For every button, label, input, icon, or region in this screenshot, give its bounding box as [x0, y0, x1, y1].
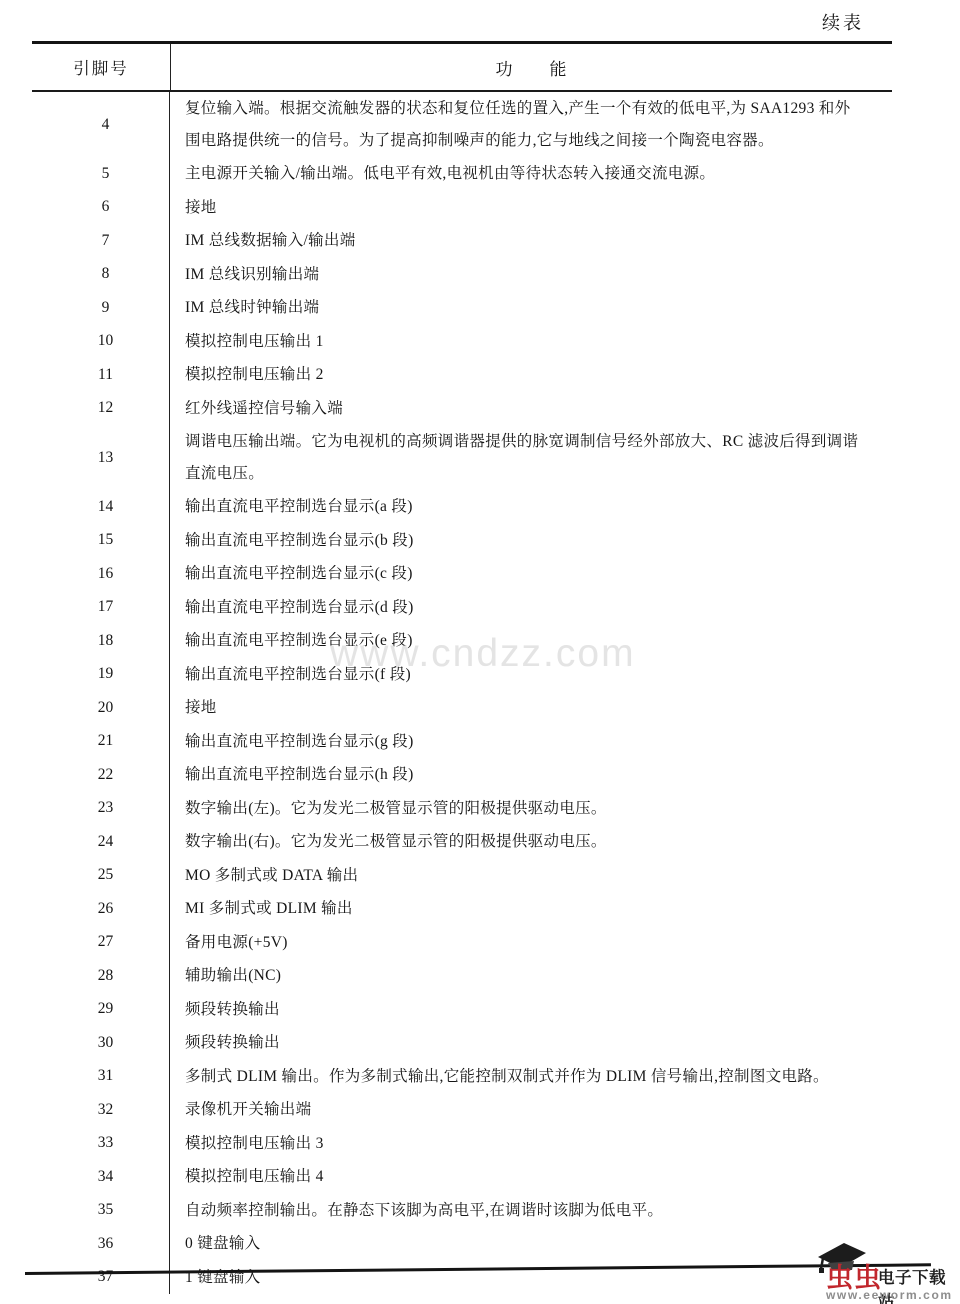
pin-number-cell: 18 [32, 624, 170, 658]
table-row: 7 IM 总线数据输入/输出端 [32, 224, 892, 258]
table-body: 4 复位输入端。根据交流触发器的状态和复位任选的置入,产生一个有效的低电平,为 … [32, 92, 892, 1294]
table-row: 17 输出直流电平控制选台显示(d 段) [32, 591, 892, 625]
pin-function-cell: 数字输出(右)。它为发光二极管显示管的阳极提供驱动电压。 [170, 825, 892, 859]
table-row: 27 备用电源(+5V) [32, 926, 892, 960]
pin-number-cell: 34 [32, 1160, 170, 1194]
table-row: 5 主电源开关输入/输出端。低电平有效,电视机由等待状态转入接通交流电源。 [32, 157, 892, 191]
pin-number-cell: 6 [32, 191, 170, 225]
table-header-row: 引脚号 功 能 [32, 44, 892, 92]
pin-number-cell: 26 [32, 892, 170, 926]
pin-function-cell: 接地 [170, 191, 892, 225]
pin-function-cell: 数字输出(左)。它为发光二极管显示管的阳极提供驱动电压。 [170, 792, 892, 826]
pin-number-cell: 9 [32, 291, 170, 325]
table-row: 15 输出直流电平控制选台显示(b 段) [32, 524, 892, 558]
pin-function-cell: 自动频率控制输出。在静态下该脚为高电平,在调谐时该脚为低电平。 [170, 1194, 892, 1228]
pin-number-cell: 11 [32, 358, 170, 392]
pin-number-cell: 15 [32, 524, 170, 558]
pin-function-cell: 红外线遥控信号输入端 [170, 392, 892, 426]
pin-function-cell: MI 多制式或 DLIM 输出 [170, 892, 892, 926]
table-row: 18 输出直流电平控制选台显示(e 段) [32, 624, 892, 658]
pin-number-cell: 22 [32, 758, 170, 792]
pin-function-cell: 输出直流电平控制选台显示(f 段) [170, 658, 892, 692]
table-row: 26 MI 多制式或 DLIM 输出 [32, 892, 892, 926]
pin-function-cell: 模拟控制电压输出 1 [170, 325, 892, 359]
pin-function-cell: IM 总线数据输入/输出端 [170, 224, 892, 258]
pin-number-cell: 10 [32, 325, 170, 359]
table-row: 10 模拟控制电压输出 1 [32, 325, 892, 359]
table-row: 4 复位输入端。根据交流触发器的状态和复位任选的置入,产生一个有效的低电平,为 … [32, 92, 892, 157]
pin-function-cell: 多制式 DLIM 输出。作为多制式输出,它能控制双制式并作为 DLIM 信号输出… [170, 1060, 892, 1094]
table-row: 28 辅助输出(NC) [32, 959, 892, 993]
table-row: 20 接地 [32, 691, 892, 725]
table-row: 9 IM 总线时钟输出端 [32, 291, 892, 325]
pin-number-cell: 31 [32, 1060, 170, 1094]
pin-function-cell: 录像机开关输出端 [170, 1093, 892, 1127]
pin-number-cell: 24 [32, 825, 170, 859]
pin-function-cell: 主电源开关输入/输出端。低电平有效,电视机由等待状态转入接通交流电源。 [170, 157, 892, 191]
pin-function-cell: 输出直流电平控制选台显示(c 段) [170, 557, 892, 591]
pin-function-cell: 输出直流电平控制选台显示(h 段) [170, 758, 892, 792]
table-row: 31 多制式 DLIM 输出。作为多制式输出,它能控制双制式并作为 DLIM 信… [32, 1060, 892, 1094]
logo-site-url: www.eeworm.com [826, 1288, 953, 1302]
pin-number-cell: 33 [32, 1127, 170, 1161]
pin-function-cell: 备用电源(+5V) [170, 926, 892, 960]
table-row: 22 输出直流电平控制选台显示(h 段) [32, 758, 892, 792]
table-row: 30 频段转换输出 [32, 1026, 892, 1060]
pin-function-cell: 频段转换输出 [170, 1026, 892, 1060]
pin-function-cell: 模拟控制电压输出 2 [170, 358, 892, 392]
table-row: 36 0 键盘输入 [32, 1227, 892, 1261]
pin-function-cell: 输出直流电平控制选台显示(d 段) [170, 591, 892, 625]
table-row: 33 模拟控制电压输出 3 [32, 1127, 892, 1161]
table-row: 35 自动频率控制输出。在静态下该脚为高电平,在调谐时该脚为低电平。 [32, 1194, 892, 1228]
pin-function-cell: 模拟控制电压输出 4 [170, 1160, 892, 1194]
pin-number-cell: 35 [32, 1194, 170, 1228]
table-row: 29 频段转换输出 [32, 993, 892, 1027]
pin-number-cell: 29 [32, 993, 170, 1027]
table-row: 25 MO 多制式或 DATA 输出 [32, 859, 892, 893]
pin-number-cell: 5 [32, 157, 170, 191]
pin-number-cell: 36 [32, 1227, 170, 1261]
pin-number-cell: 28 [32, 959, 170, 993]
pin-number-cell: 13 [32, 425, 170, 490]
table-row: 21 输出直流电平控制选台显示(g 段) [32, 725, 892, 759]
pin-function-cell: IM 总线识别输出端 [170, 258, 892, 292]
pin-function-cell: 接地 [170, 691, 892, 725]
pin-number-cell: 12 [32, 392, 170, 426]
pin-function-cell: 频段转换输出 [170, 993, 892, 1027]
pin-function-cell: IM 总线时钟输出端 [170, 291, 892, 325]
pin-function-cell: 输出直流电平控制选台显示(g 段) [170, 725, 892, 759]
pin-number-cell: 21 [32, 725, 170, 759]
pin-number-cell: 17 [32, 591, 170, 625]
pin-function-cell: 输出直流电平控制选台显示(e 段) [170, 624, 892, 658]
table-row: 23 数字输出(左)。它为发光二极管显示管的阳极提供驱动电压。 [32, 792, 892, 826]
pin-number-cell: 8 [32, 258, 170, 292]
pin-number-cell: 32 [32, 1093, 170, 1127]
pin-function-cell: 0 键盘输入 [170, 1227, 892, 1261]
pin-number-cell: 25 [32, 859, 170, 893]
table-row: 14 输出直流电平控制选台显示(a 段) [32, 490, 892, 524]
table-row: 19 输出直流电平控制选台显示(f 段) [32, 658, 892, 692]
pin-function-cell: 输出直流电平控制选台显示(a 段) [170, 490, 892, 524]
pin-function-cell: 输出直流电平控制选台显示(b 段) [170, 524, 892, 558]
pin-number-header: 引脚号 [32, 44, 171, 90]
table-row: 11 模拟控制电压输出 2 [32, 358, 892, 392]
pin-function-cell: MO 多制式或 DATA 输出 [170, 859, 892, 893]
pin-number-cell: 37 [32, 1261, 170, 1295]
pin-number-cell: 19 [32, 658, 170, 692]
table-row: 32 录像机开关输出端 [32, 1093, 892, 1127]
table-row: 24 数字输出(右)。它为发光二极管显示管的阳极提供驱动电压。 [32, 825, 892, 859]
function-header: 功 能 [171, 55, 892, 80]
table-row: 8 IM 总线识别输出端 [32, 258, 892, 292]
table-row: 34 模拟控制电压输出 4 [32, 1160, 892, 1194]
document-page: 续表 引脚号 功 能 4 复位输入端。根据交流触发器的状态和复位任选的置入,产生… [0, 0, 960, 1304]
continued-table-label: 续表 [822, 9, 864, 35]
pin-number-cell: 23 [32, 792, 170, 826]
eeworm-logo: 虫虫 电子下载站 www.eeworm.com [812, 1238, 960, 1304]
pin-number-cell: 27 [32, 926, 170, 960]
table-row: 6 接地 [32, 191, 892, 225]
pin-number-cell: 14 [32, 490, 170, 524]
pin-number-cell: 30 [32, 1026, 170, 1060]
pin-number-cell: 7 [32, 224, 170, 258]
pin-number-cell: 20 [32, 691, 170, 725]
pin-function-cell: 模拟控制电压输出 3 [170, 1127, 892, 1161]
table-row: 16 输出直流电平控制选台显示(c 段) [32, 557, 892, 591]
pin-function-cell: 复位输入端。根据交流触发器的状态和复位任选的置入,产生一个有效的低电平,为 SA… [170, 92, 892, 157]
pin-function-cell: 辅助输出(NC) [170, 959, 892, 993]
pin-function-cell: 调谐电压输出端。它为电视机的高频调谐器提供的脉宽调制信号经外部放大、RC 滤波后… [170, 425, 892, 490]
table-row: 13 调谐电压输出端。它为电视机的高频调谐器提供的脉宽调制信号经外部放大、RC … [32, 425, 892, 490]
pin-function-table: 引脚号 功 能 4 复位输入端。根据交流触发器的状态和复位任选的置入,产生一个有… [32, 41, 892, 1294]
pin-number-cell: 4 [32, 92, 170, 157]
table-row: 12 红外线遥控信号输入端 [32, 392, 892, 426]
pin-number-cell: 16 [32, 557, 170, 591]
